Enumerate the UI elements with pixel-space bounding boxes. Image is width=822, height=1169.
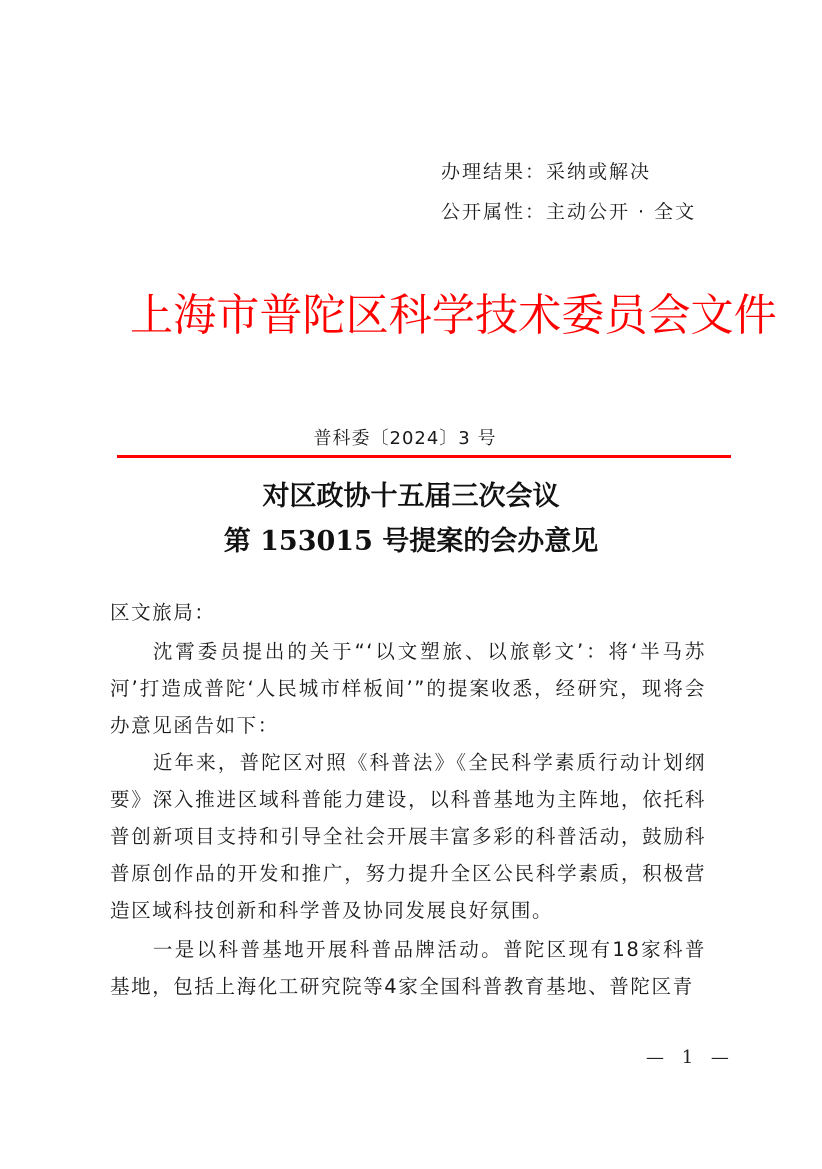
red-divider-rule — [117, 455, 731, 458]
document-number: 普科委〔2024〕3 号 — [0, 424, 822, 450]
processing-result: 办理结果：采纳或解决 — [441, 157, 651, 184]
document-page: 办理结果：采纳或解决 公开属性：主动公开 · 全文 上海市普陀区科学技术委员会文… — [0, 0, 822, 1169]
page-number: — 1 — — [646, 1047, 735, 1068]
disclosure-attribute: 公开属性：主动公开 · 全文 — [441, 197, 696, 224]
disclosure-label: 公开属性： — [441, 201, 546, 223]
body-paragraph-3: 一是以科普基地开展科普品牌活动。普陀区现有18家科普基地，包括上海化工研究院等4… — [110, 931, 706, 1005]
processing-result-value: 采纳或解决 — [546, 161, 651, 183]
body-paragraph-2: 近年来，普陀区对照《科普法》《全民科学素质行动计划纲要》深入推进区域科普能力建设… — [110, 744, 706, 929]
document-title-line-2: 第 153015 号提案的会办意见 — [0, 519, 822, 558]
salutation: 区文旅局： — [110, 594, 706, 631]
document-title-line-1: 对区政协十五届三次会议 — [0, 474, 822, 513]
disclosure-value: 主动公开 · 全文 — [546, 201, 696, 223]
body-paragraph-1: 沈霄委员提出的关于“‘以文塑旅、以旅彰文’：将‘半马苏河’打造成普陀‘人民城市样… — [110, 633, 706, 744]
document-body: 区文旅局： 沈霄委员提出的关于“‘以文塑旅、以旅彰文’：将‘半马苏河’打造成普陀… — [110, 594, 706, 1005]
issuer-red-header: 上海市普陀区科学技术委员会文件 — [130, 286, 722, 346]
processing-result-label: 办理结果： — [441, 161, 546, 183]
